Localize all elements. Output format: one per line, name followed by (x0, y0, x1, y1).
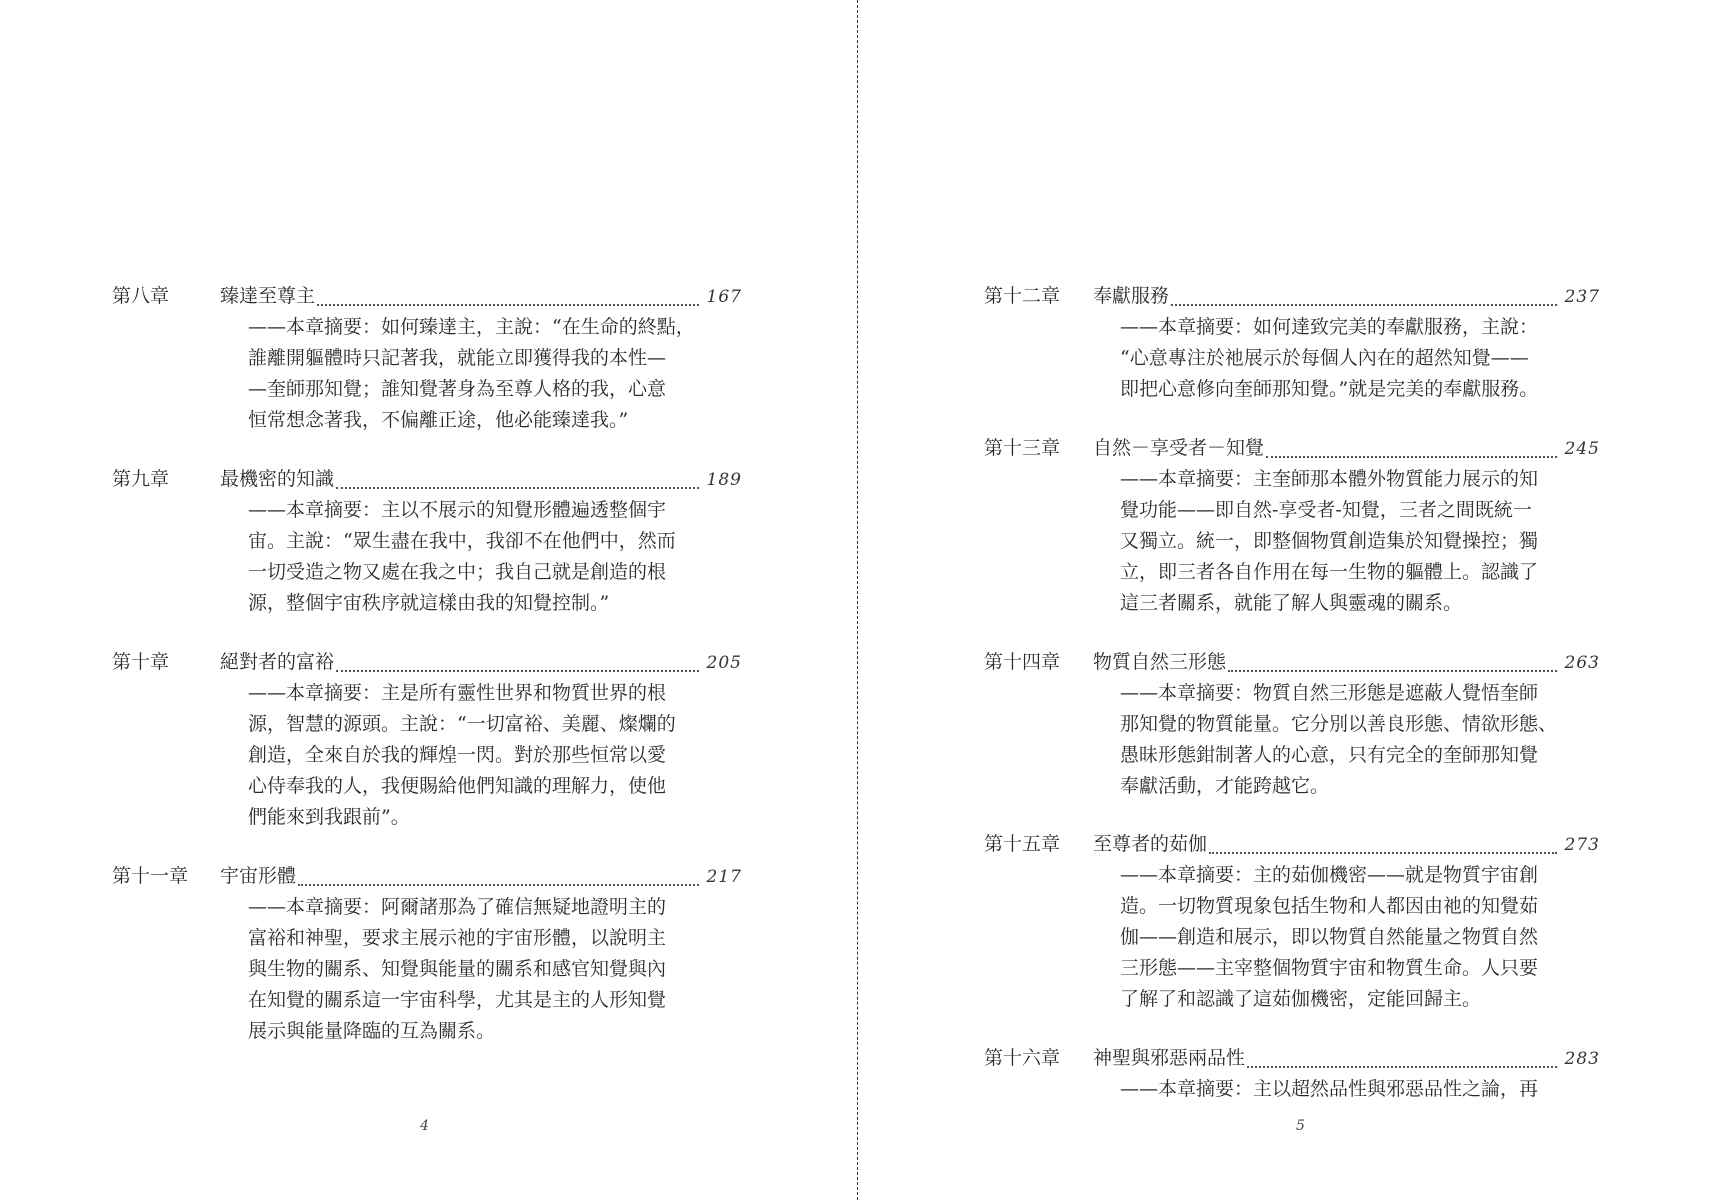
summary-line: ——本章摘要：主以超然品性與邪惡品性之論，再 (1120, 1074, 1600, 1105)
page-number: 237 (1565, 282, 1600, 313)
chapter-title: 絕對者的富裕 (220, 647, 334, 678)
toc-entry[interactable]: 第十一章 宇宙形體 217 ——本章摘要：阿爾諸那為了確信無疑地證明主的 富裕和… (112, 861, 742, 1047)
chapter-summary: ——本章摘要：主的茹伽機密——就是物質宇宙創 造。一切物質現象包括生物和人都因由… (1120, 860, 1600, 1015)
chapter-title: 宇宙形體 (220, 861, 296, 892)
toc-entry[interactable]: 第十二章 奉獻服務 237 ——本章摘要：如何達致完美的奉獻服務，主說： “心意… (984, 281, 1600, 405)
summary-line: “心意專注於祂展示於每個人內在的超然知覺—— (1120, 343, 1600, 374)
chapter-summary: ——本章摘要：主是所有靈性世界和物質世界的根 源，智慧的源頭。主說：“一切富裕、… (248, 678, 742, 833)
chapter-number: 第十六章 (984, 1043, 1060, 1074)
chapter-title: 神聖與邪惡兩品性 (1093, 1043, 1245, 1074)
summary-line: ——本章摘要：阿爾諸那為了確信無疑地證明主的 (248, 892, 742, 923)
summary-line: 心侍奉我的人，我便賜給他們知識的理解力，使他 (248, 771, 742, 802)
summary-line: 覺功能——即自然-享受者-知覺，三者之間既統一 (1120, 495, 1600, 526)
summary-line: 即把心意修向奎師那知覺。”就是完美的奉獻服務。 (1120, 374, 1600, 405)
page-folio: 4 (420, 1118, 429, 1134)
page-number: 167 (707, 282, 742, 313)
chapter-number: 第十三章 (984, 433, 1060, 464)
page-number: 189 (707, 465, 742, 496)
summary-line: 在知覺的關系這一宇宙科學，尤其是主的人形知覺 (248, 985, 742, 1016)
summary-line: 們能來到我跟前”。 (248, 802, 742, 833)
summary-line: ——本章摘要：主是所有靈性世界和物質世界的根 (248, 678, 742, 709)
summary-line: ——本章摘要：主以不展示的知覺形體遍透整個宇 (248, 495, 742, 526)
toc-entry[interactable]: 第十三章 自然－享受者－知覺 245 ——本章摘要：主奎師那本體外物質能力展示的… (984, 433, 1600, 619)
summary-line: ——本章摘要：物質自然三形態是遮蔽人覺悟奎師 (1120, 678, 1600, 709)
summary-line: ——本章摘要：主的茹伽機密——就是物質宇宙創 (1120, 860, 1600, 891)
dot-leader (1266, 456, 1557, 458)
dot-leader (317, 304, 699, 306)
summary-line: —奎師那知覺；誰知覺著身為至尊人格的我，心意 (248, 374, 742, 405)
dot-leader (336, 487, 699, 489)
chapter-number: 第十五章 (984, 829, 1060, 860)
toc-entry[interactable]: 第十四章 物質自然三形態 263 ——本章摘要：物質自然三形態是遮蔽人覺悟奎師 … (984, 647, 1600, 802)
chapter-number: 第九章 (112, 464, 169, 495)
chapter-summary: ——本章摘要：如何臻達主，主說：“在生命的終點， 誰離開軀體時只記著我，就能立即… (248, 312, 742, 436)
summary-line: 一切受造之物又處在我之中；我自己就是創造的根 (248, 557, 742, 588)
summary-line: 奉獻活動，才能跨越它。 (1120, 771, 1600, 802)
dot-leader (336, 670, 699, 672)
chapter-summary: ——本章摘要：阿爾諸那為了確信無疑地證明主的 富裕和神聖，要求主展示祂的宇宙形體… (248, 892, 742, 1047)
chapter-number: 第十一章 (112, 861, 188, 892)
summary-line: 又獨立。統一，即整個物質創造集於知覺操控；獨 (1120, 526, 1600, 557)
summary-line: 展示與能量降臨的互為關系。 (248, 1016, 742, 1047)
summary-line: 立，即三者各自作用在每一生物的軀體上。認識了 (1120, 557, 1600, 588)
summary-line: 誰離開軀體時只記著我，就能立即獲得我的本性— (248, 343, 742, 374)
chapter-title: 臻達至尊主 (220, 281, 315, 312)
dot-leader (298, 884, 699, 886)
chapter-title: 物質自然三形態 (1093, 647, 1226, 678)
chapter-number: 第十二章 (984, 281, 1060, 312)
summary-line: 那知覺的物質能量。它分別以善良形態、情欲形態、 (1120, 709, 1600, 740)
summary-line: 伽——創造和展示，即以物質自然能量之物質自然 (1120, 922, 1600, 953)
summary-line: 了解了和認識了這茹伽機密，定能回歸主。 (1120, 984, 1600, 1015)
summary-line: 源，智慧的源頭。主說：“一切富裕、美麗、燦爛的 (248, 709, 742, 740)
dot-leader (1209, 852, 1557, 854)
toc-entry[interactable]: 第十五章 至尊者的茹伽 273 ——本章摘要：主的茹伽機密——就是物質宇宙創 造… (984, 829, 1600, 1015)
toc-entry[interactable]: 第十章 絕對者的富裕 205 ——本章摘要：主是所有靈性世界和物質世界的根 源，… (112, 647, 742, 833)
chapter-summary: ——本章摘要：如何達致完美的奉獻服務，主說： “心意專注於祂展示於每個人內在的超… (1120, 312, 1600, 405)
page-folio: 5 (1296, 1118, 1305, 1134)
left-page: 第八章 臻達至尊主 167 ——本章摘要：如何臻達主，主說：“在生命的終點， 誰… (0, 0, 857, 1200)
chapter-summary: ——本章摘要：主以不展示的知覺形體遍透整個宇 宙。主說：“眾生盡在我中，我卻不在… (248, 495, 742, 619)
summary-line: 宙。主說：“眾生盡在我中，我卻不在他們中，然而 (248, 526, 742, 557)
toc-entry[interactable]: 第十六章 神聖與邪惡兩品性 283 ——本章摘要：主以超然品性與邪惡品性之論，再 (984, 1043, 1600, 1105)
summary-line: 愚昧形態鉗制著人的心意，只有完全的奎師那知覺 (1120, 740, 1600, 771)
chapter-summary: ——本章摘要：主以超然品性與邪惡品性之論，再 (1120, 1074, 1600, 1105)
summary-line: 三形態——主宰整個物質宇宙和物質生命。人只要 (1120, 953, 1600, 984)
dot-leader (1247, 1066, 1557, 1068)
chapter-title: 至尊者的茹伽 (1093, 829, 1207, 860)
page-number: 205 (707, 648, 742, 679)
summary-line: 這三者關系，就能了解人與靈魂的關系。 (1120, 588, 1600, 619)
chapter-number: 第八章 (112, 281, 169, 312)
summary-line: 創造，全來自於我的輝煌一閃。對於那些恒常以愛 (248, 740, 742, 771)
page-number: 283 (1565, 1044, 1600, 1075)
page-number: 245 (1565, 434, 1600, 465)
page-number: 273 (1565, 830, 1600, 861)
summary-line: 與生物的關系、知覺與能量的關系和感官知覺與內 (248, 954, 742, 985)
chapter-title: 自然－享受者－知覺 (1093, 433, 1264, 464)
summary-line: ——本章摘要：主奎師那本體外物質能力展示的知 (1120, 464, 1600, 495)
toc-entry[interactable]: 第八章 臻達至尊主 167 ——本章摘要：如何臻達主，主說：“在生命的終點， 誰… (112, 281, 742, 436)
summary-line: 富裕和神聖，要求主展示祂的宇宙形體，以說明主 (248, 923, 742, 954)
summary-line: 源，整個宇宙秩序就這樣由我的知覺控制。” (248, 588, 742, 619)
summary-line: ——本章摘要：如何臻達主，主說：“在生命的終點， (248, 312, 742, 343)
summary-line: 恒常想念著我，不偏離正途，他必能臻達我。” (248, 405, 742, 436)
toc-entry[interactable]: 第九章 最機密的知識 189 ——本章摘要：主以不展示的知覺形體遍透整個宇 宙。… (112, 464, 742, 619)
right-page: 第十二章 奉獻服務 237 ——本章摘要：如何達致完美的奉獻服務，主說： “心意… (858, 0, 1714, 1200)
chapter-summary: ——本章摘要：物質自然三形態是遮蔽人覺悟奎師 那知覺的物質能量。它分別以善良形態… (1120, 678, 1600, 802)
page-number: 263 (1565, 648, 1600, 679)
chapter-number: 第十四章 (984, 647, 1060, 678)
chapter-title: 最機密的知識 (220, 464, 334, 495)
summary-line: ——本章摘要：如何達致完美的奉獻服務，主說： (1120, 312, 1600, 343)
page-number: 217 (707, 862, 742, 893)
dot-leader (1171, 304, 1557, 306)
chapter-number: 第十章 (112, 647, 169, 678)
dot-leader (1228, 670, 1557, 672)
chapter-summary: ——本章摘要：主奎師那本體外物質能力展示的知 覺功能——即自然-享受者-知覺，三… (1120, 464, 1600, 619)
chapter-title: 奉獻服務 (1093, 281, 1169, 312)
summary-line: 造。一切物質現象包括生物和人都因由祂的知覺茹 (1120, 891, 1600, 922)
